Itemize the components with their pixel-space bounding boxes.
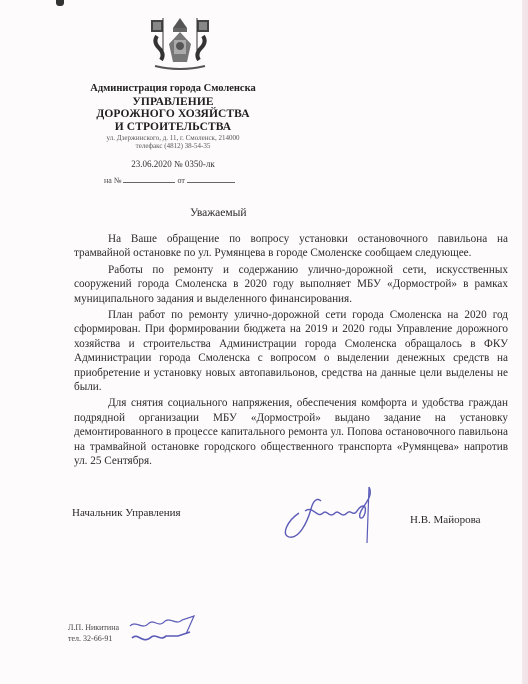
paragraph: Работы по ремонту и содержанию улично-до… — [74, 263, 508, 306]
reference-number-blank — [123, 174, 175, 183]
executor-signature-icon — [128, 614, 200, 650]
paragraph: Для снятия социального напряжения, обесп… — [74, 396, 508, 468]
letterhead: Администрация города Смоленска УПРАВЛЕНИ… — [70, 84, 276, 185]
handwritten-signature-icon — [277, 483, 387, 545]
organization-name: Администрация города Смоленска — [70, 84, 276, 95]
executor-info: Л.П. Никитина тел. 32-66-91 — [68, 622, 119, 644]
signature-block: Начальник Управления Н.В. Майорова — [72, 505, 512, 545]
department-line-1: УПРАВЛЕНИЕ — [70, 97, 276, 109]
paragraph: На Ваше обращение по вопросу установки о… — [74, 232, 508, 261]
reference-line: на № от — [70, 174, 276, 185]
scan-corner-mark — [56, 0, 64, 6]
reference-prefix: на № — [104, 176, 121, 185]
executor-name: Л.П. Никитина — [68, 622, 119, 633]
department-line-3: И СТРОИТЕЛЬСТВА — [70, 122, 276, 134]
signatory-title: Начальник Управления — [72, 507, 181, 519]
coat-of-arms-icon — [149, 14, 211, 76]
page-edge — [522, 0, 528, 684]
letter-body: На Ваше обращение по вопросу установки о… — [74, 232, 508, 471]
address: ул. Дзержинского, д. 11, г. Смоленск, 21… — [70, 135, 276, 142]
department-line-2: ДОРОЖНОГО ХОЗЯЙСТВА — [70, 109, 276, 121]
executor-phone: тел. 32-66-91 — [68, 633, 119, 644]
greeting: Уважаемый — [190, 207, 247, 219]
signatory-name: Н.В. Майорова — [410, 514, 481, 526]
reference-date-blank — [187, 174, 235, 183]
paragraph: План работ по ремонту улично-дорожной се… — [74, 308, 508, 394]
phone: телефакс (4812) 38-54-35 — [70, 143, 276, 150]
reference-from: от — [177, 176, 184, 185]
registration-number: 23.06.2020 № 0350-лк — [70, 160, 276, 169]
